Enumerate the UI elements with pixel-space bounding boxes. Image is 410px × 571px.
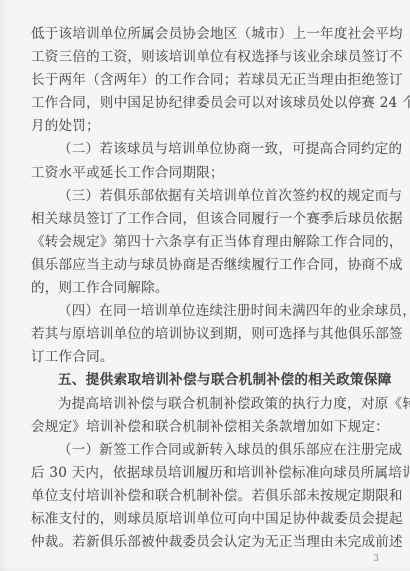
document-line: 标准支付的，则球员原培训单位可向中国足协仲裁委员会提起: [31, 508, 387, 531]
document-line-item-2: （二）若该球员与培训单位协商一致，可提高合同约定的: [31, 138, 387, 161]
document-line: 工资水平或延长工作合同期限；: [31, 162, 387, 185]
scanned-document-page: 低于该培训单位所属会员协会地区（城市）上一年度社会平均 工资三倍的工资，则该培训…: [0, 0, 410, 571]
document-line: 《转会规定》第四十六条享有正当体育理由解除工作合同的，: [31, 231, 387, 254]
document-line: 低于该培训单位所属会员协会地区（城市）上一年度社会平均: [31, 23, 387, 46]
document-line: 仲裁。若新俱乐部被仲裁委员会认定为无正当理由未完成前述: [31, 531, 387, 554]
document-line: 长于两年（含两年）的工作合同；若球员无正当理由拒绝签订: [31, 69, 387, 92]
document-line-item-1: （一）新签工作合同或新转入球员的俱乐部应在注册完成: [31, 439, 387, 462]
document-line: 为提高培训补偿与联合机制补偿政策的执行力度，对原《转: [31, 393, 387, 416]
document-line: 若其与原培训单位的培训协议到期，则可选择与其他俱乐部签: [31, 323, 387, 346]
document-line: 订工作合同。: [31, 346, 387, 369]
document-line: 的，则工作合同解除。: [31, 277, 387, 300]
page-number: 3: [373, 554, 379, 564]
document-line: 工作合同，则中国足协纪律委员会可以对该球员处以停赛 24 个: [31, 92, 387, 115]
document-line: 单位支付培训补偿和联合机制补偿。若俱乐部未按规定期限和: [31, 485, 387, 508]
document-line-item-3: （三）若俱乐部依据有关培训单位首次签约权的规定而与: [31, 185, 387, 208]
document-line-item-4: （四）在同一培训单位连续注册时间未满四年的业余球员，: [31, 300, 387, 323]
document-line: 后 30 天内，依据球员培训履历和培训补偿标准向球员所属培训: [31, 462, 387, 485]
document-body: 低于该培训单位所属会员协会地区（城市）上一年度社会平均 工资三倍的工资，则该培训…: [31, 23, 387, 554]
document-line: 相关球员签订了工作合同，但该合同履行一个赛季后球员依据: [31, 208, 387, 231]
document-line: 会规定》培训补偿和联合机制补偿相关条款增加如下规定：: [31, 416, 387, 439]
document-line: 工资三倍的工资，则该培训单位有权选择与该业余球员签订不: [31, 46, 387, 69]
section-heading: 五、提供索取培训补偿与联合机制补偿的相关政策保障: [31, 369, 387, 392]
document-line: 月的处罚；: [31, 115, 387, 138]
document-line: 俱乐部应当主动与球员协商是否继续履行工作合同，协商不成: [31, 254, 387, 277]
